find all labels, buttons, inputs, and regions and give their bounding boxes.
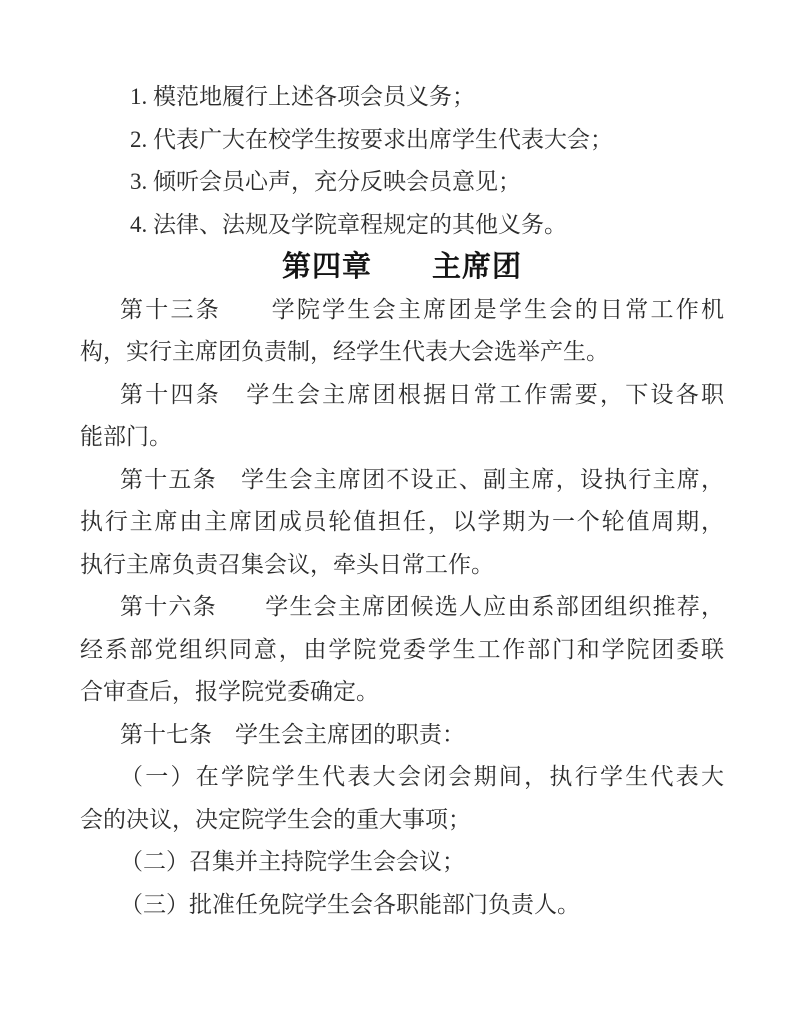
article-17-duty-1-line-1: （一）在学院学生代表大会闭会期间，执行学生代表大 [80, 756, 724, 799]
article-17-duty-2: （二）召集并主持院学生会会议； [80, 841, 724, 884]
document-page: 1. 模范地履行上述各项会员义务； 2. 代表广大在校学生按要求出席学生代表大会… [0, 0, 804, 1009]
member-duty-item-1: 1. 模范地履行上述各项会员义务； [80, 76, 724, 119]
member-duty-item-3: 3. 倾听会员心声，充分反映会员意见； [80, 161, 724, 204]
article-15-line-3: 执行主席负责召集会议，牵头日常工作。 [80, 544, 724, 587]
article-16-line-2: 经系部党组织同意，由学院党委学生工作部门和学院团委联 [80, 629, 724, 672]
article-17-line-1: 第十七条 学生会主席团的职责： [80, 714, 724, 757]
article-14-line-2: 能部门。 [80, 416, 724, 459]
member-duty-item-4: 4. 法律、法规及学院章程规定的其他义务。 [80, 204, 724, 247]
article-13-line-2: 构，实行主席团负责制，经学生代表大会选举产生。 [80, 331, 724, 374]
article-14-line-1: 第十四条 学生会主席团根据日常工作需要，下设各职 [80, 374, 724, 417]
member-duty-item-2: 2. 代表广大在校学生按要求出席学生代表大会； [80, 119, 724, 162]
article-16-line-3: 合审查后，报学院党委确定。 [80, 671, 724, 714]
article-17-duty-3: （三）批准任免院学生会各职能部门负责人。 [80, 884, 724, 927]
article-15-line-1: 第十五条 学生会主席团不设正、副主席，设执行主席， [80, 459, 724, 502]
article-13-line-1: 第十三条 学院学生会主席团是学生会的日常工作机 [80, 289, 724, 332]
article-15-line-2: 执行主席由主席团成员轮值担任，以学期为一个轮值周期， [80, 501, 724, 544]
chapter-heading: 第四章 主席团 [80, 246, 724, 289]
article-16-line-1: 第十六条 学生会主席团候选人应由系部团组织推荐， [80, 586, 724, 629]
article-17-duty-1-line-2: 会的决议，决定院学生会的重大事项； [80, 799, 724, 842]
